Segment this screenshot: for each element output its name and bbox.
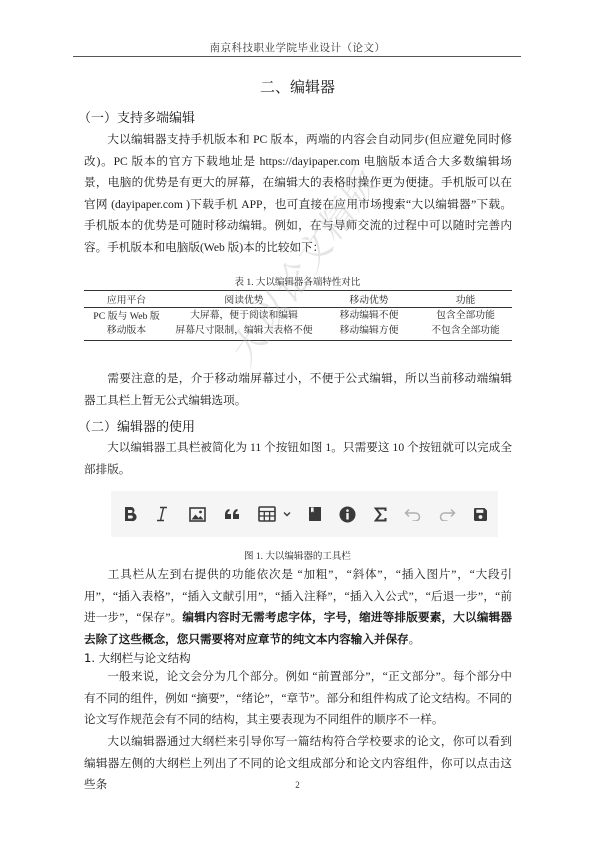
insert-image-button[interactable] — [187, 504, 207, 524]
insert-formula-button[interactable] — [372, 504, 388, 524]
save-icon — [473, 507, 488, 522]
insert-annotation-button[interactable] — [337, 504, 357, 524]
paragraph-mobile-note: 需要注意的是，介于移动端屏幕过小，不便于公式编辑，所以当前移动端编辑器工具栏上暂… — [84, 368, 512, 411]
chevron-down-icon — [282, 510, 292, 518]
table-header-cell: 功能 — [419, 291, 512, 308]
section-heading-editor-usage: （二）编辑器的使用 — [78, 416, 195, 435]
paragraph-toolbar-intro: 大以编辑器工具栏被简化为 11 个按钮如图 1。只需要这 10 个按钮就可以完成… — [84, 437, 512, 480]
table-icon — [258, 506, 276, 522]
table-cell: PC 版与 Web 版 — [84, 308, 169, 325]
bold-button[interactable] — [121, 504, 139, 524]
table-cell: 移动编辑方便 — [319, 324, 419, 341]
paragraph-text: 一般来说，论文会分为几个部分。例如 “前置部分”，“正文部分”。每个部分中有不同… — [84, 670, 512, 726]
platform-comparison-table: 应用平台 阅读优势 移动优势 功能 PC 版与 Web 版 大屏幕，便于阅读和编… — [84, 290, 512, 341]
bold-icon — [123, 506, 137, 522]
figure-caption: 图 1. 大以编辑器的工具栏 — [0, 548, 595, 562]
info-icon — [339, 506, 356, 523]
image-icon — [189, 507, 206, 522]
table-header-row: 应用平台 阅读优势 移动优势 功能 — [84, 291, 512, 308]
table-header-cell: 阅读优势 — [169, 291, 319, 308]
redo-button[interactable] — [436, 504, 458, 524]
table-row: PC 版与 Web 版 大屏幕，便于阅读和编辑 移动编辑不便 包含全部功能 — [84, 308, 512, 325]
table-cell: 屏幕尺寸限制，编辑大表格不便 — [169, 324, 319, 341]
table-row: 移动版本 屏幕尺寸限制，编辑大表格不便 移动编辑方便 不包含全部功能 — [84, 324, 512, 341]
italic-button[interactable] — [153, 504, 171, 524]
table-cell: 移动编辑不便 — [319, 308, 419, 325]
table-cell: 移动版本 — [84, 324, 169, 341]
table-cell: 包含全部功能 — [419, 308, 512, 325]
quote-icon — [224, 508, 240, 520]
paragraph-toolbar-functions: 工具栏从左到右提供的功能依次是 “加粗”，“斜体”，“插入图片”，“大段引用”，… — [84, 564, 512, 650]
table-header-cell: 应用平台 — [84, 291, 169, 308]
page-number: 2 — [0, 780, 595, 790]
paragraph-text: 。 — [409, 633, 421, 646]
redo-icon — [438, 508, 456, 521]
undo-button[interactable] — [402, 504, 424, 524]
insert-citation-button[interactable] — [306, 504, 324, 524]
save-button[interactable] — [471, 504, 489, 524]
undo-icon — [404, 508, 422, 521]
paragraph-multi-platform-intro: 大以编辑器支持手机版本和 PC 版本，两端的内容会自动同步(但应避免同时修改)。… — [84, 129, 512, 259]
table-caption: 表 1. 大以编辑器各端特性对比 — [0, 274, 595, 288]
header-rule — [73, 56, 521, 57]
editor-toolbar-figure — [111, 491, 498, 537]
paragraph-text: 需要注意的是，介于移动端屏幕过小，不便于公式编辑，所以当前移动端编辑器工具栏上暂… — [84, 372, 512, 407]
insert-table-button[interactable] — [256, 504, 294, 524]
sigma-icon — [374, 507, 387, 522]
table-cell: 大屏幕，便于阅读和编辑 — [169, 308, 319, 325]
running-header: 南京科技职业学院毕业设计（论文） — [82, 40, 513, 55]
table-header-cell: 移动优势 — [319, 291, 419, 308]
block-quote-button[interactable] — [222, 504, 242, 524]
italic-icon — [156, 506, 168, 522]
chapter-title: 二、编辑器 — [0, 76, 595, 97]
paragraph-text: 大以编辑器工具栏被简化为 11 个按钮如图 1。只需要这 10 个按钮就可以完成… — [84, 441, 512, 476]
section-heading-multi-platform: （一）支持多端编辑 — [78, 107, 195, 126]
paragraph-text: 大以编辑器支持手机版本和 PC 版本，两端的内容会自动同步(但应避免同时修改)。… — [84, 133, 512, 254]
table-cell: 不包含全部功能 — [419, 324, 512, 341]
book-icon — [308, 506, 322, 522]
paragraph-paper-structure: 一般来说，论文会分为几个部分。例如 “前置部分”，“正文部分”。每个部分中有不同… — [84, 666, 512, 731]
subsection-heading-outline: 1. 大纲栏与论文结构 — [84, 650, 191, 666]
